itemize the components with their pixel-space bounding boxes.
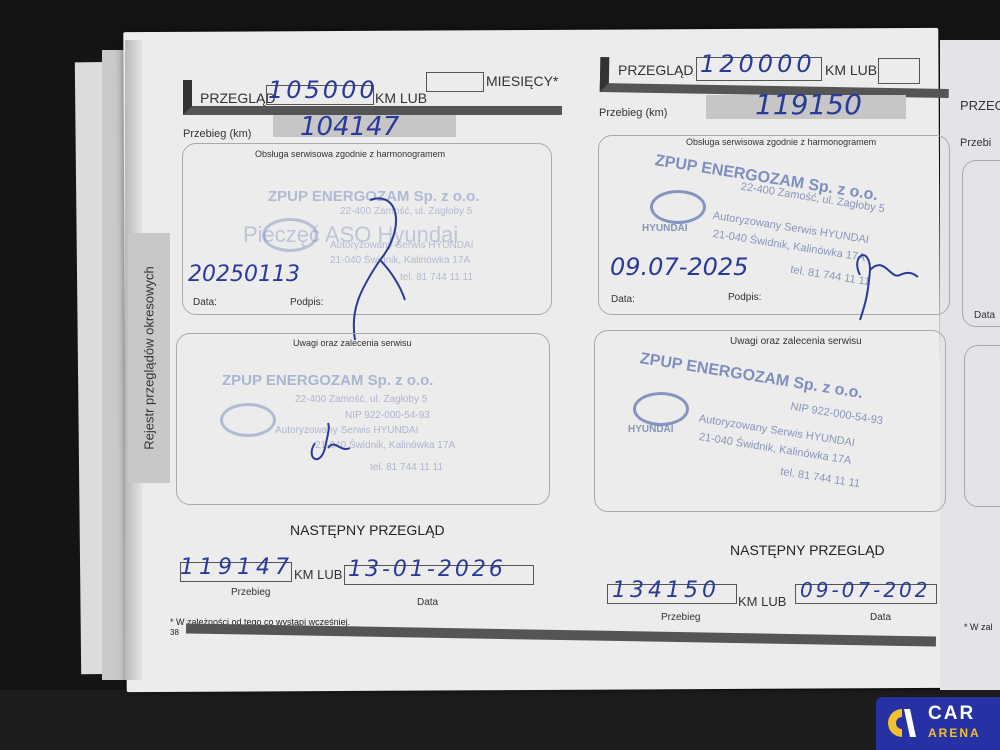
car-arena-logo-icon [888,707,916,739]
partial-mileage: Przebi [960,137,991,149]
left-next-title: NASTĘPNY PRZEGLĄD [290,522,445,538]
left-remarks-stamp-tel: tel. 81 744 11 11 [370,462,443,473]
right-next-date-label: Data [870,612,891,623]
left-mileage-value: 104147 [300,112,399,142]
left-date-value: 20250113 [188,262,300,287]
hyundai-wordmark: HYUNDAI [628,424,674,435]
left-interval-value: 105000 [268,76,378,104]
right-next-date-value: 09-07-202 [800,578,931,602]
left-signature-icon [330,190,420,350]
right-mileage-label: Przebieg (km) [599,107,667,119]
background-surface [0,690,1000,750]
partial-date: Data [974,310,995,321]
hyundai-logo-icon [650,190,706,224]
right-interval-value: 120000 [700,50,816,78]
side-tab: Rejestr przeglądów okresowych [128,233,170,483]
watermark-line1: CAR [928,703,975,725]
hyundai-logo-icon [633,392,689,426]
left-service-panel-title: Obsługa serwisowa zgodnie z harmonograme… [255,149,445,159]
right-signature-icon [840,235,920,325]
left-months-label: MIESIĘCY* [486,73,558,89]
left-next-km-value: 119147 [180,555,294,580]
side-tab-label: Rejestr przeglądów okresowych [142,266,157,450]
right-remarks-panel-title: Uwagi oraz zalecenia serwisu [730,336,862,347]
left-next-km-label: Przebieg [231,587,270,598]
left-months-boxes[interactable] [426,72,484,92]
hyundai-logo-icon [262,218,318,252]
left-next-date-label: Data [417,597,438,608]
partial-header: PRZEG [960,98,1000,113]
right-date-value: 09.07-2025 [610,253,748,281]
right-signature-label: Podpis: [728,292,761,303]
right-km-or: KM LUB [825,62,877,78]
left-mileage-label: Przebieg (km) [183,128,251,140]
left-header-label: PRZEGLĄD [200,90,275,106]
left-next-km-or: KM LUB [294,567,342,582]
right-months-boxes[interactable] [878,58,920,84]
right-next-km-or: KM LUB [738,594,786,609]
left-km-or: KM LUB [375,90,427,106]
right-date-label: Data: [611,294,635,305]
left-remarks-stamp-address: 22-400 Zamość, ul. Zagłoby 5 [295,394,427,405]
page-number: 38 [170,628,179,637]
hyundai-wordmark: HYUNDAI [642,223,688,234]
left-remarks-stamp-company: ZPUP ENERGOZAM Sp. z o.o. [222,372,433,389]
right-service-panel-title: Obsługa serwisowa zgodnie z harmonograme… [686,137,876,147]
partial-panel [962,160,1000,327]
right-header-label: PRZEGLĄD [618,62,693,78]
hyundai-logo-icon [220,403,276,437]
watermark-line2: ARENA [928,726,981,740]
partial-panel [964,345,1000,507]
right-mileage-value: 119150 [755,88,862,121]
left-remarks-signature-icon [300,418,370,468]
left-next-date-value: 13-01-2026 [348,557,506,582]
left-signature-label: Podpis: [290,297,323,308]
right-next-km-value: 134150 [612,578,720,603]
left-remarks-panel-title: Uwagi oraz zalecenia serwisu [293,338,412,348]
left-date-label: Data: [193,297,217,308]
partial-footnote: * W zal [964,622,993,632]
car-arena-watermark: CAR ARENA [876,697,1000,750]
right-next-km-label: Przebieg [661,612,700,623]
next-page-edge: PRZEG Przebi Data * W zal [940,40,1000,690]
right-next-title: NASTĘPNY PRZEGLĄD [730,542,885,558]
